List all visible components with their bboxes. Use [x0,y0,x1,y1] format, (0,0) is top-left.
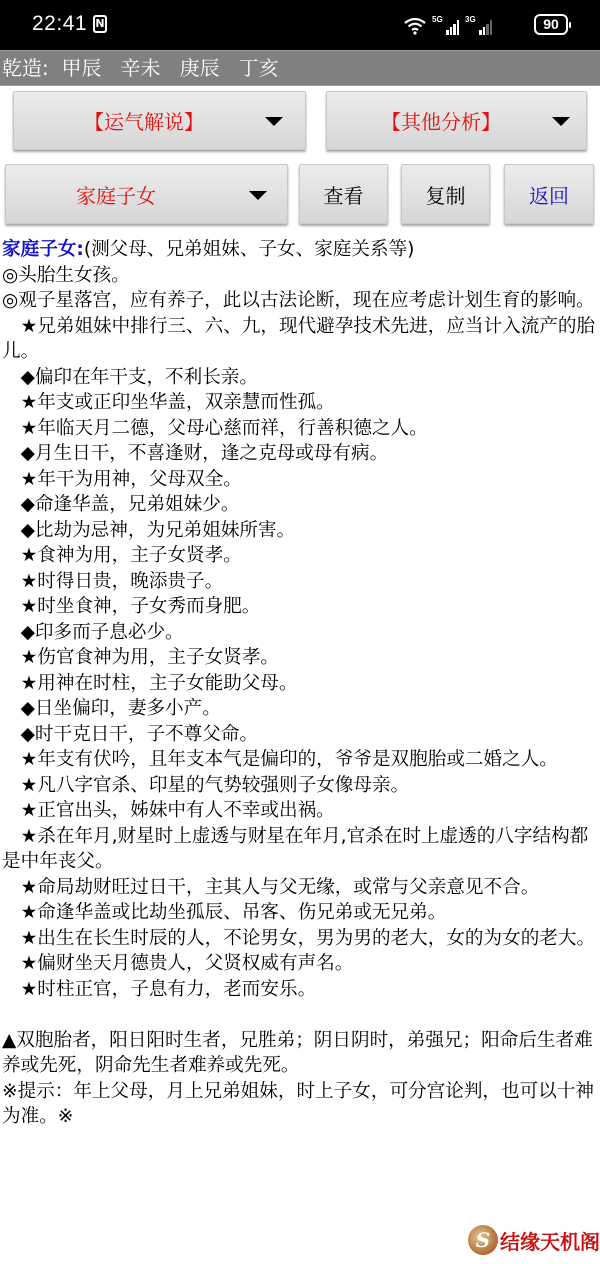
analysis-line: ◆偏印在年干支，不利长亲。 [2,365,600,391]
spinner-label: 【运气解说】 [54,106,234,135]
other-analysis-spinner[interactable]: 【其他分析】 [326,91,587,150]
signal-3g-icon: 3G [465,17,492,35]
analysis-line: ★偏财坐天月德贵人，父贤权威有声名。 [2,951,600,977]
analysis-line: ★年支或正印坐华盖，双亲慧而性孤。 [2,390,600,416]
analysis-line: ◆命逢华盖，兄弟姐妹少。 [2,492,600,518]
fortune-analysis-spinner[interactable]: 【运气解说】 [13,91,306,150]
analysis-line: ★时得日贵，晚添贵子。 [2,569,600,595]
analysis-line: ★兄弟姐妹中排行三、六、九，现代避孕技术先进，应当计入流产的胎儿。 [2,314,600,365]
analysis-line: ◆印多而子息必少。 [2,620,600,646]
analysis-line: ★时坐食神，子女秀而身肥。 [2,594,600,620]
section-subtitle: (测父母、兄弟姐妹、子女、家庭关系等) [84,239,415,260]
analysis-line: ★食神为用，主子女贤孝。 [2,543,600,569]
chevron-down-icon [552,117,570,126]
analysis-line: ★用神在时柱，主子女能助父母。 [2,671,600,697]
analysis-line: ◎头胎生女孩。 [2,263,600,289]
copy-button[interactable]: 复制 [401,164,490,224]
signal-5g-icon: 5G [432,17,459,35]
logo-text: 结缘天机阁 [500,1226,600,1255]
spinner-label: 家庭子女 [41,180,191,209]
analysis-line: ◆日坐偏印，妻多小产。 [2,696,600,722]
analysis-lines: ◎头胎生女孩。◎观子星落宫，应有养子，此以古法论断，现在应考虑计划生育的影响。 … [2,263,600,1003]
section-title: 家庭子女: [2,239,84,260]
analysis-line: ★杀在年月,财星时上虚透与财星在年月,官杀在时上虚透的八字结构都是中年丧父。 [2,824,600,875]
analysis-line: ★命逢华盖或比劫坐孤辰、吊客、伤兄弟或无兄弟。 [2,900,600,926]
battery-icon: 90 [534,14,568,35]
analysis-line: ★年临天月二德，父母心慈而祥，行善积德之人。 [2,416,600,442]
analysis-text: 家庭子女:(测父母、兄弟姐妹、子女、家庭关系等) ◎头胎生女孩。◎观子星落宫，应… [2,237,600,1130]
analysis-line: ◎观子星落宫，应有养子，此以古法论断，现在应考虑计划生育的影响。 [2,288,600,314]
nfc-icon: N [93,15,107,33]
logo-icon: S [468,1225,498,1255]
analysis-line: ★年支有伏吟，且年支本气是偏印的，爷爷是双胞胎或二婚之人。 [2,747,600,773]
section-heading: 家庭子女:(测父母、兄弟姐妹、子女、家庭关系等) [2,237,600,263]
analysis-line: ★伤官食神为用，主子女贤孝。 [2,645,600,671]
view-button[interactable]: 查看 [299,164,388,224]
status-time: 22:41 [32,12,87,36]
category-spinner[interactable]: 家庭子女 [5,164,288,224]
analysis-line: ★年干为用神，父母双全。 [2,467,600,493]
analysis-line: ★正官出头，姊妹中有人不幸或出祸。 [2,798,600,824]
twins-note: ▲双胞胎者，阳日阳时生者，兄胜弟；阴日阴时，弟强兄；阳命后生者难养或先死，阴命先… [2,1028,600,1079]
bazi-header: 乾造: 甲辰 辛未 庚辰 丁亥 [0,50,600,86]
status-bar: 22:41 N 5G 3G 90 [0,0,600,50]
back-button[interactable]: 返回 [504,164,594,224]
analysis-line: ◆月生日干，不喜逢财，逢之克母或母有病。 [2,441,600,467]
analysis-line: ★时柱正官，子息有力，老而安乐。 [2,977,600,1003]
wifi-icon [404,17,426,35]
status-icons: 5G 3G [404,13,492,35]
analysis-line: ★凡八字官杀、印星的气势较强则子女像母亲。 [2,773,600,799]
chevron-down-icon [265,117,283,126]
analysis-line: ◆时干克日干，子不尊父命。 [2,722,600,748]
watermark-logo: S 结缘天机阁 [468,1223,600,1257]
analysis-line: ★出生在长生时辰的人，不论男女，男为男的老大，女的为女的老大。 [2,926,600,952]
spinner-label: 【其他分析】 [351,106,531,135]
analysis-line: ◆比劫为忌神，为兄弟姐妹所害。 [2,518,600,544]
chevron-down-icon [249,191,267,200]
tip-note: ※提示：年上父母，月上兄弟姐妹，时上子女，可分宫论判，也可以十神为准。※ [2,1079,600,1130]
analysis-line: ★命局劫财旺过日干，主其人与父无缘，或常与父亲意见不合。 [2,875,600,901]
